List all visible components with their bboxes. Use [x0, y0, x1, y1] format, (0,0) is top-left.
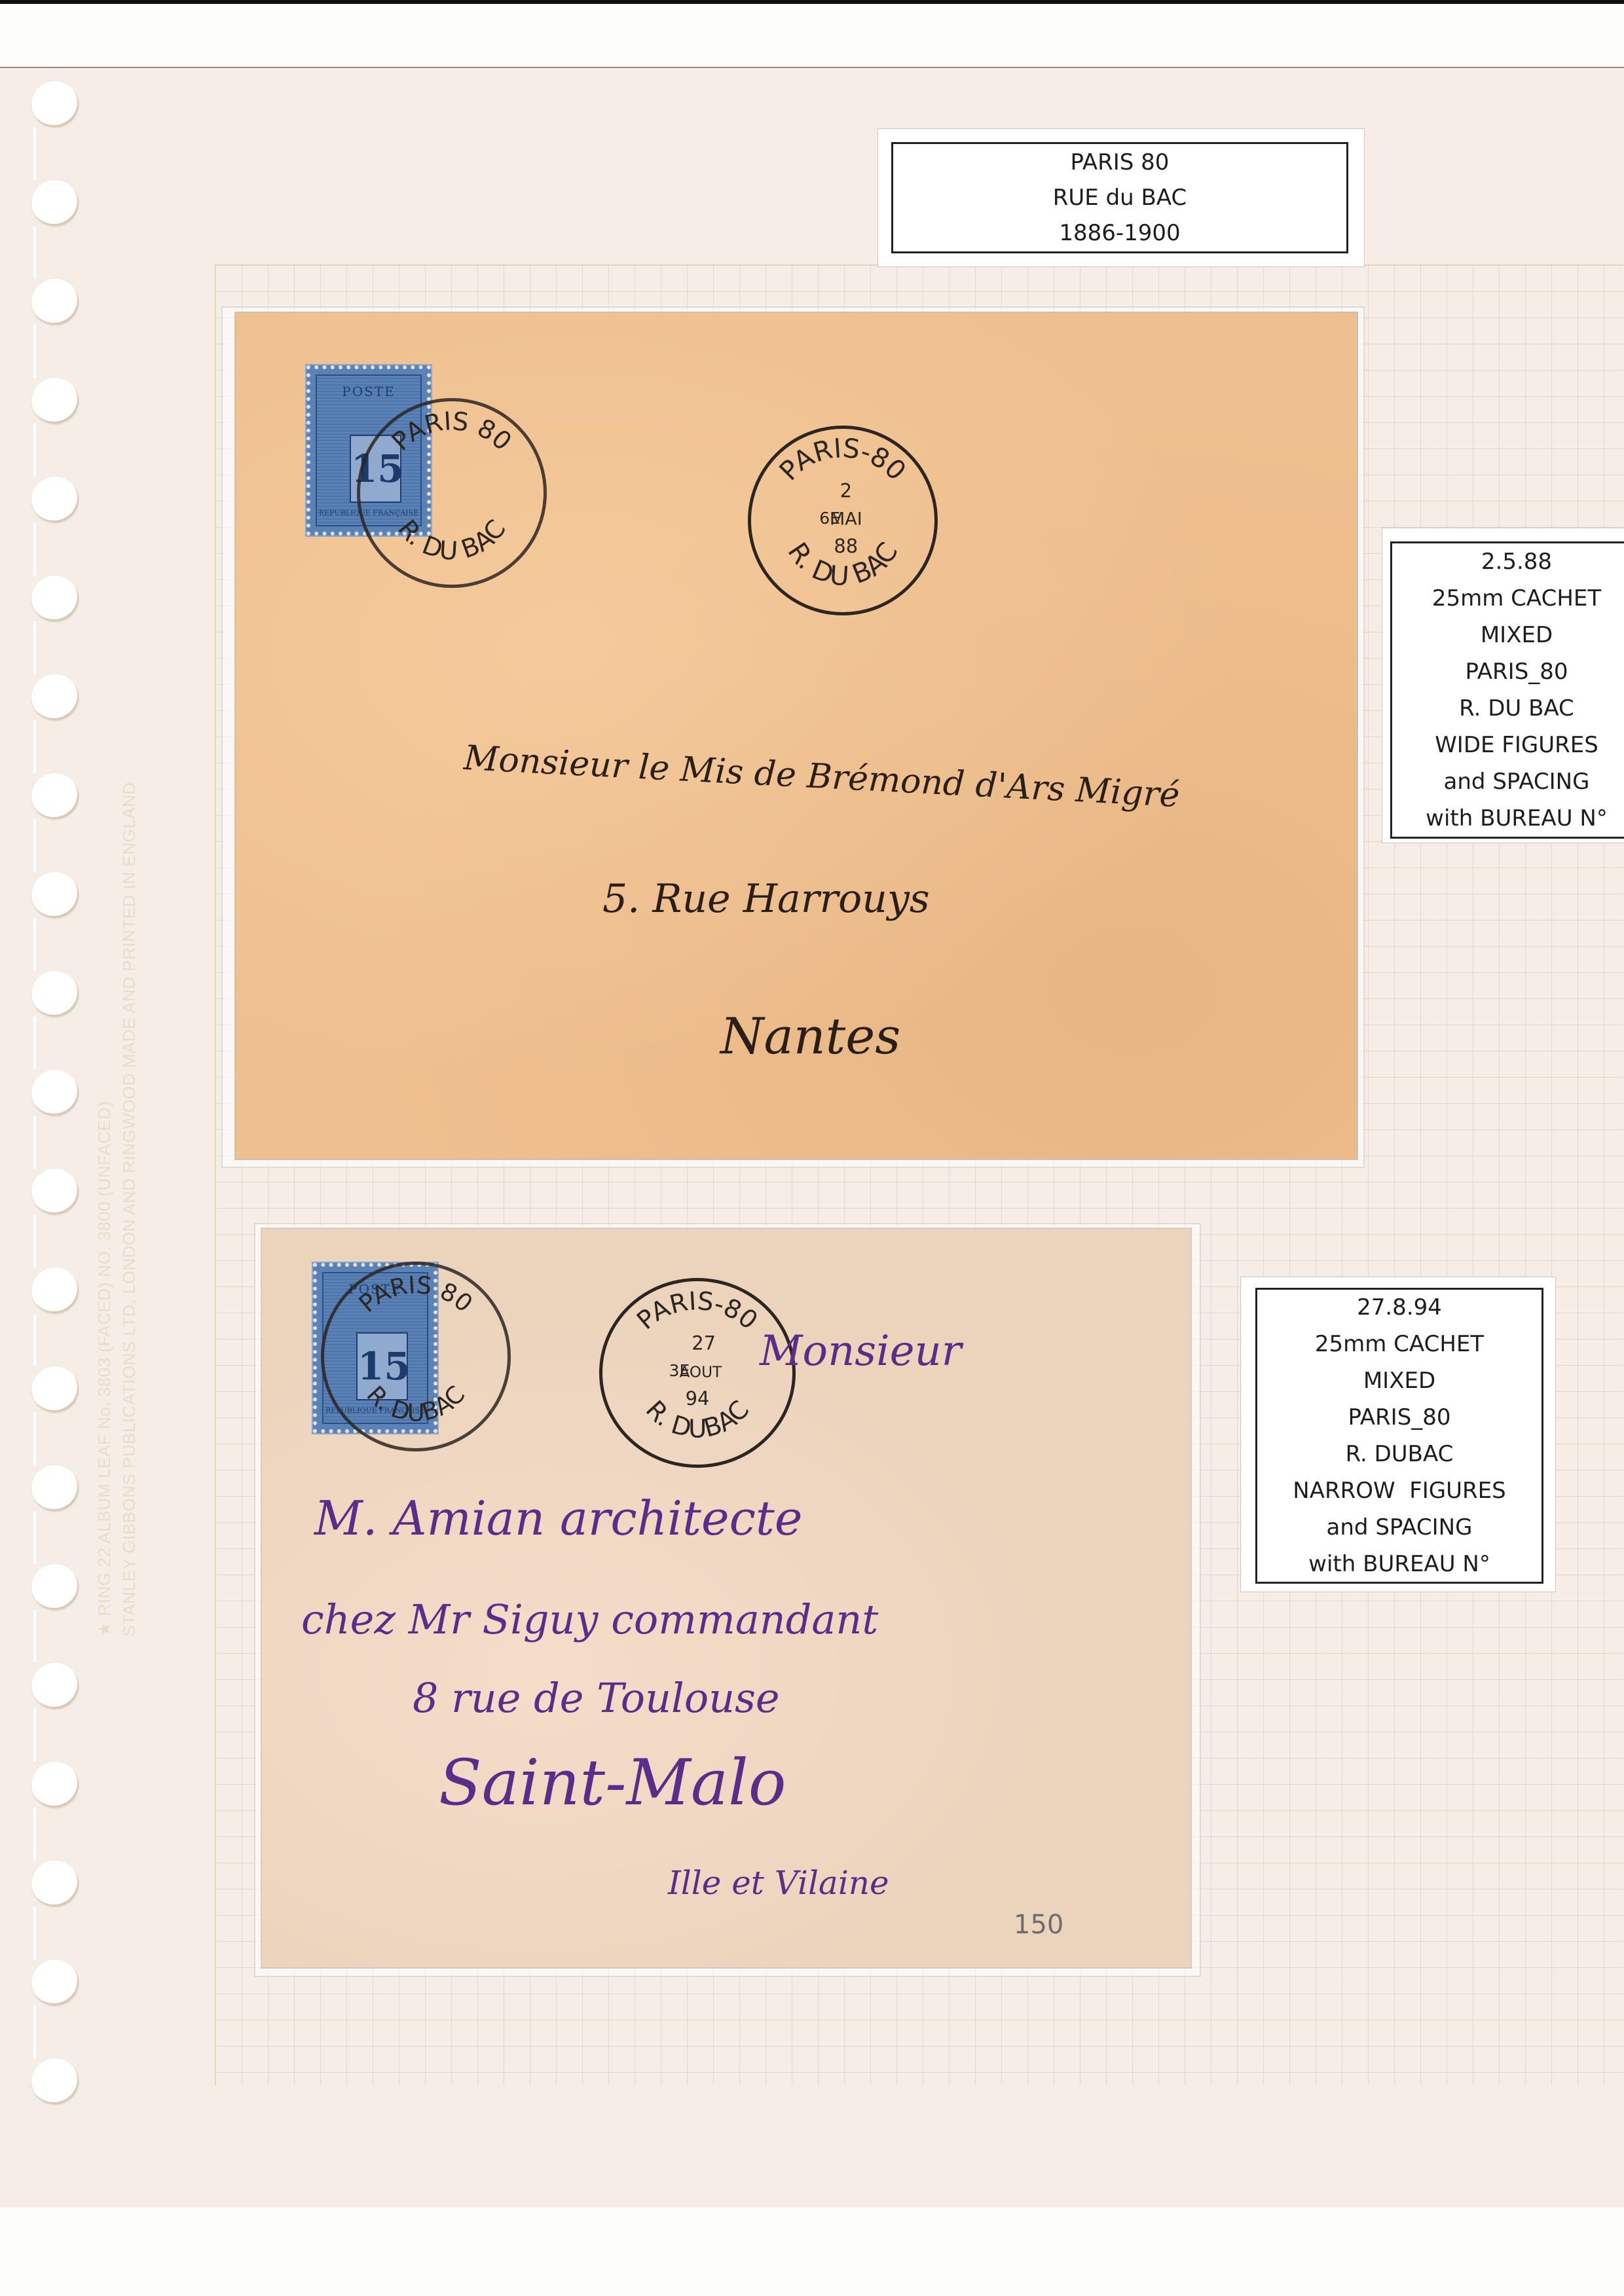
cover-2-address-line-6: Ille et Vilaine	[668, 1864, 889, 1902]
binder-slot	[33, 918, 36, 971]
svg-text:PARIS-80: PARIS-80	[631, 1286, 763, 1336]
binder-slot	[33, 621, 36, 674]
cover-2-address-line-1: Monsieur	[760, 1327, 961, 1376]
binder-slot	[33, 1412, 36, 1465]
binder-slot	[33, 1906, 36, 1959]
binder-hole	[31, 674, 79, 720]
postmark-top-text: PARIS-80	[773, 432, 912, 486]
cover-1-postmark: PARIS-80 R. DU BAC 6E 2 MAI 88	[748, 426, 938, 615]
title-line: RUE du BAC	[1053, 180, 1187, 215]
binder-hole	[31, 575, 79, 621]
cover-2-cancel-on-stamp: PARIS 80 R. DUBAC	[321, 1262, 511, 1451]
binder-hole	[31, 1465, 79, 1511]
binder-slot	[33, 127, 36, 180]
cover-2-description-label: 27.8.94 25mm CACHET MIXED PARIS_80 R. DU…	[1240, 1277, 1556, 1592]
cover-2-pencil-note: 150	[1014, 1910, 1063, 1940]
binder-slot	[33, 1017, 36, 1070]
label-line: PARIS_80	[1348, 1399, 1450, 1436]
binder-hole	[31, 180, 79, 226]
cover-1-address-line-1: Monsieur le Mis de Brémond d'Ars Migré	[463, 738, 1181, 815]
postmark-month: AOUT	[679, 1364, 722, 1381]
binder-hole	[31, 378, 79, 424]
binder-hole	[31, 279, 79, 325]
imprint-line-1: ★ RING 22 ALBUM LEAF No. 3803 (FACED) NO…	[92, 720, 117, 1637]
postmark-day: 27	[692, 1332, 716, 1354]
cover-1-envelope: POSTE 15 REPUBLIQUE FRANÇAISE PARIS 80 R…	[236, 313, 1357, 1159]
binder-hole	[31, 872, 79, 918]
postmark-top-text: PARIS-80	[631, 1286, 763, 1336]
binder-slot	[33, 522, 36, 575]
postmark-year: 88	[834, 535, 858, 557]
title-line: 1886-1900	[1059, 215, 1180, 251]
binder-hole	[31, 1861, 79, 1906]
postmark-day: 2	[840, 479, 852, 501]
cover-2-envelope: POSTE 15 REPUBLIQUE FRANÇAISE PARIS 80 R…	[262, 1229, 1190, 1967]
binder-hole	[31, 2058, 79, 2104]
cancel-top-text: PARIS 80	[354, 1271, 478, 1318]
binder-hole	[31, 1663, 79, 1709]
svg-text:PARIS-80: PARIS-80	[773, 432, 912, 486]
binder-hole	[31, 477, 79, 522]
label-line: and SPACING	[1327, 1509, 1473, 1546]
binder-hole	[31, 1762, 79, 1808]
svg-text:PARIS 80: PARIS 80	[354, 1271, 478, 1318]
album-imprint: ★ RING 22 ALBUM LEAF No. 3803 (FACED) NO…	[92, 720, 141, 1637]
label-line: MIXED	[1481, 617, 1553, 653]
label-line: R. DUBAC	[1346, 1436, 1454, 1472]
binder-slot	[33, 2005, 36, 2058]
cover-1-description-label: 2.5.88 25mm CACHET MIXED PARIS_80 R. DU …	[1382, 528, 1624, 843]
binder-slot	[33, 226, 36, 279]
binder-slot	[33, 325, 36, 378]
cancel-top-text: PARIS 80	[386, 407, 517, 457]
binder-slot	[33, 1116, 36, 1169]
cancel-bottom-text: R. DUBAC	[361, 1380, 471, 1427]
binder-slot	[33, 424, 36, 477]
binder-slot	[33, 1709, 36, 1762]
label-line: and SPACING	[1444, 763, 1590, 800]
binder-hole	[31, 1959, 79, 2005]
label-line: 2.5.88	[1481, 543, 1552, 580]
imprint-line-2: STANLEY GIBBONS PUBLICATIONS LTD. LONDON…	[117, 720, 141, 1637]
cover-2-address-line-2: M. Amian architecte	[314, 1491, 802, 1546]
label-line: 25mm CACHET	[1315, 1326, 1484, 1362]
binder-hole	[31, 1070, 79, 1116]
binder-hole	[31, 1267, 79, 1313]
label-line: WIDE FIGURES	[1435, 727, 1598, 763]
title-line: PARIS 80	[1071, 145, 1170, 180]
binder-hole	[31, 1366, 79, 1412]
cover-1-cancel-on-stamp: PARIS 80 R. DU BAC	[357, 398, 547, 588]
binder-slot	[33, 720, 36, 773]
scanner-edge	[0, 0, 1624, 4]
binder-hole	[31, 1564, 79, 1610]
svg-text:R. DUBAC: R. DUBAC	[361, 1380, 471, 1427]
stamp-poste-text: POSTE	[317, 384, 420, 399]
postmark-year: 94	[686, 1387, 710, 1410]
cover-1-address-line-2: 5. Rue Harrouys	[602, 876, 930, 922]
binder-hole	[31, 773, 79, 819]
label-line: 25mm CACHET	[1432, 580, 1601, 617]
binder-slot	[33, 1511, 36, 1564]
label-line: 27.8.94	[1357, 1289, 1442, 1326]
binder-hole	[31, 971, 79, 1017]
binder-slot	[33, 819, 36, 872]
binder-slot	[33, 1610, 36, 1663]
label-line: PARIS_80	[1465, 653, 1568, 690]
binder-slot	[33, 1808, 36, 1861]
binder-slot	[33, 1313, 36, 1366]
label-line: R. DU BAC	[1459, 690, 1574, 727]
title-label: PARIS 80 RUE du BAC 1886-1900	[877, 128, 1365, 267]
binder-hole	[31, 1169, 79, 1214]
cover-2-address-line-4: 8 rue de Toulouse	[413, 1674, 780, 1722]
cancel-bottom-text: R. DU BAC	[392, 515, 511, 566]
postmark-month: MAI	[830, 509, 862, 530]
binder-hole	[31, 81, 79, 127]
cover-1-address-line-3: Nantes	[720, 1007, 900, 1065]
binder-slot	[33, 1214, 36, 1267]
label-line: NARROW FIGURES	[1293, 1472, 1505, 1509]
cover-2-address-line-5: Saint-Malo	[439, 1746, 786, 1819]
label-line: with BUREAU N°	[1426, 800, 1608, 837]
svg-text:R. DU BAC: R. DU BAC	[392, 515, 511, 566]
cover-2-address-line-3: chez Mr Siguy commandant	[301, 1595, 878, 1643]
label-line: with BUREAU N°	[1308, 1546, 1490, 1582]
svg-text:PARIS 80: PARIS 80	[386, 407, 517, 457]
label-line: MIXED	[1363, 1362, 1435, 1399]
